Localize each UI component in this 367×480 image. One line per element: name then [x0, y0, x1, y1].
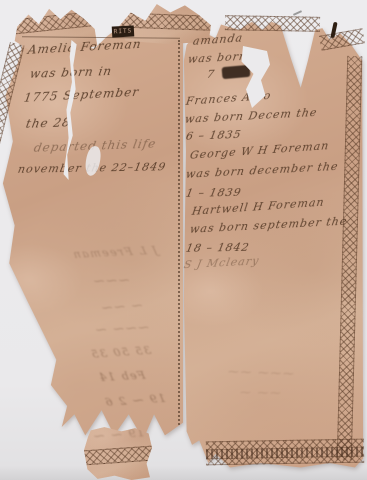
- handwritten-line: Hartwell H Foreman: [191, 197, 325, 217]
- show-through-line: Feb 14: [97, 369, 147, 384]
- handwritten-line: 7: [206, 69, 216, 80]
- tear-slash-left: [62, 40, 78, 180]
- pencil-dash-mark: [293, 10, 302, 16]
- show-through-line: ⁓ ⁓⁓: [100, 299, 143, 315]
- show-through-line: J L Freeman: [71, 244, 159, 261]
- center-stitch-divider: [178, 40, 180, 425]
- handwritten-line: was born december the: [185, 161, 339, 180]
- show-through-line: ⁓ ⁓⁓: [240, 386, 283, 400]
- lattice-border-left-edge: [0, 42, 25, 181]
- lattice-border-right-corner: [319, 28, 365, 50]
- scanned-document-photo: 19 ⁓ ⁓ RITS Amelia Foreman was born in 1…: [0, 0, 367, 480]
- show-through-line: 19 ⁓ 2 6: [103, 392, 167, 409]
- show-through-line: 35 50 35: [89, 344, 153, 361]
- handwritten-line: was born Decem the: [184, 107, 318, 125]
- handwritten-line: amanda: [192, 32, 244, 47]
- show-through-line: ⁓⁓⁓: [92, 273, 130, 287]
- lattice-border-top-left: [12, 11, 99, 35]
- handwritten-line: 1775 September: [23, 86, 140, 104]
- handwritten-line: 1 – 1839: [185, 187, 243, 199]
- printed-stamp-fragment: RITS: [112, 25, 135, 37]
- handwritten-line: was born september the: [189, 216, 348, 235]
- handwritten-line: George W H Foreman: [189, 140, 330, 161]
- ink-blot-scratchout: [222, 65, 251, 79]
- handwritten-signature: S J Mcleary: [183, 255, 260, 270]
- lattice-border-bottom: [206, 439, 364, 466]
- show-through-mark: 19 ⁓ ⁓: [92, 426, 145, 443]
- lattice-border-right-edge: [337, 56, 363, 460]
- handwritten-line: the 28: [25, 116, 72, 130]
- show-through-line: ⁓⁓⁓ ⁓: [94, 321, 150, 337]
- show-through-line: ⁓⁓ ⁓⁓⁓: [228, 365, 296, 380]
- lattice-border-right-top: [225, 15, 320, 32]
- handwritten-line: 6 – 1835: [185, 129, 242, 142]
- lattice-border-bottom-left: [80, 445, 157, 465]
- greek-key-stripe: [206, 447, 364, 460]
- handwritten-line: 18 – 1842: [185, 242, 251, 254]
- paper-fragment-bottom-left: 19 ⁓ ⁓: [84, 426, 152, 480]
